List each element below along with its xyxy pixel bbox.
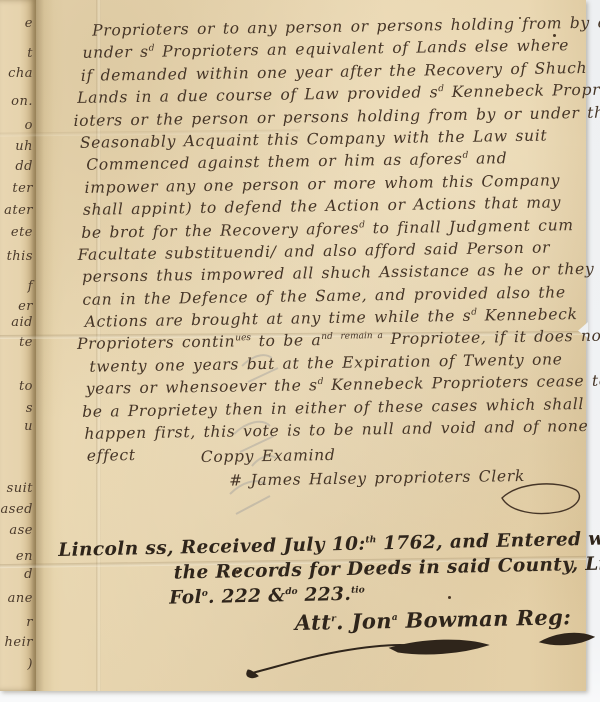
page-fragment-text: on. xyxy=(11,94,33,109)
page-fragment-text: o xyxy=(25,118,33,133)
page-fragment-text: heir xyxy=(5,635,33,650)
clerk-signature-flourish xyxy=(498,478,588,520)
page-fragment-text: r xyxy=(26,615,33,630)
page-fragment-text: s xyxy=(26,401,33,416)
page-fragment-text: dd xyxy=(15,159,33,174)
page-fragment-text: ane xyxy=(8,591,33,606)
page-fragment-text: to xyxy=(19,379,33,394)
page-fragment-text: en xyxy=(16,549,33,564)
page-fragment-text: ter xyxy=(12,181,33,196)
page-fragment-text: u xyxy=(24,419,33,434)
page-fragment-text: aid xyxy=(11,315,33,330)
page-fragment-text: d xyxy=(24,567,33,582)
register-paraph-flourish xyxy=(240,626,600,686)
text-line: Coppy Examind xyxy=(201,442,591,471)
page-fragment-text: eased xyxy=(0,502,33,517)
page-fragment-text: f xyxy=(28,279,33,294)
page-fragment-text: t xyxy=(27,46,33,61)
page-fragment-text: cha xyxy=(8,66,33,81)
main-text-block: Proprioters or to any person or persons … xyxy=(72,14,591,497)
page-fragment-text: e xyxy=(25,16,33,31)
facing-page-edge: etchaon.ouhddterateretethisferaidtetosus… xyxy=(0,0,36,691)
page-fragment-text: suit xyxy=(7,481,33,496)
gutter-shadow xyxy=(36,0,54,691)
page-fragment-text: er xyxy=(18,299,33,314)
page-fragment-text: ater xyxy=(4,203,33,218)
page-fragment-text: this xyxy=(7,249,33,264)
document-scan: etchaon.ouhddterateretethisferaidtetosus… xyxy=(0,0,600,702)
page-fragment-text: uh xyxy=(15,139,33,154)
page-fragment-text: ase xyxy=(9,523,33,538)
page-fragment-text: ete xyxy=(11,225,33,240)
page-fragment-text: ) xyxy=(27,657,33,672)
registry-block: Lincoln ss, Received July 10:th 1762, an… xyxy=(58,529,590,640)
